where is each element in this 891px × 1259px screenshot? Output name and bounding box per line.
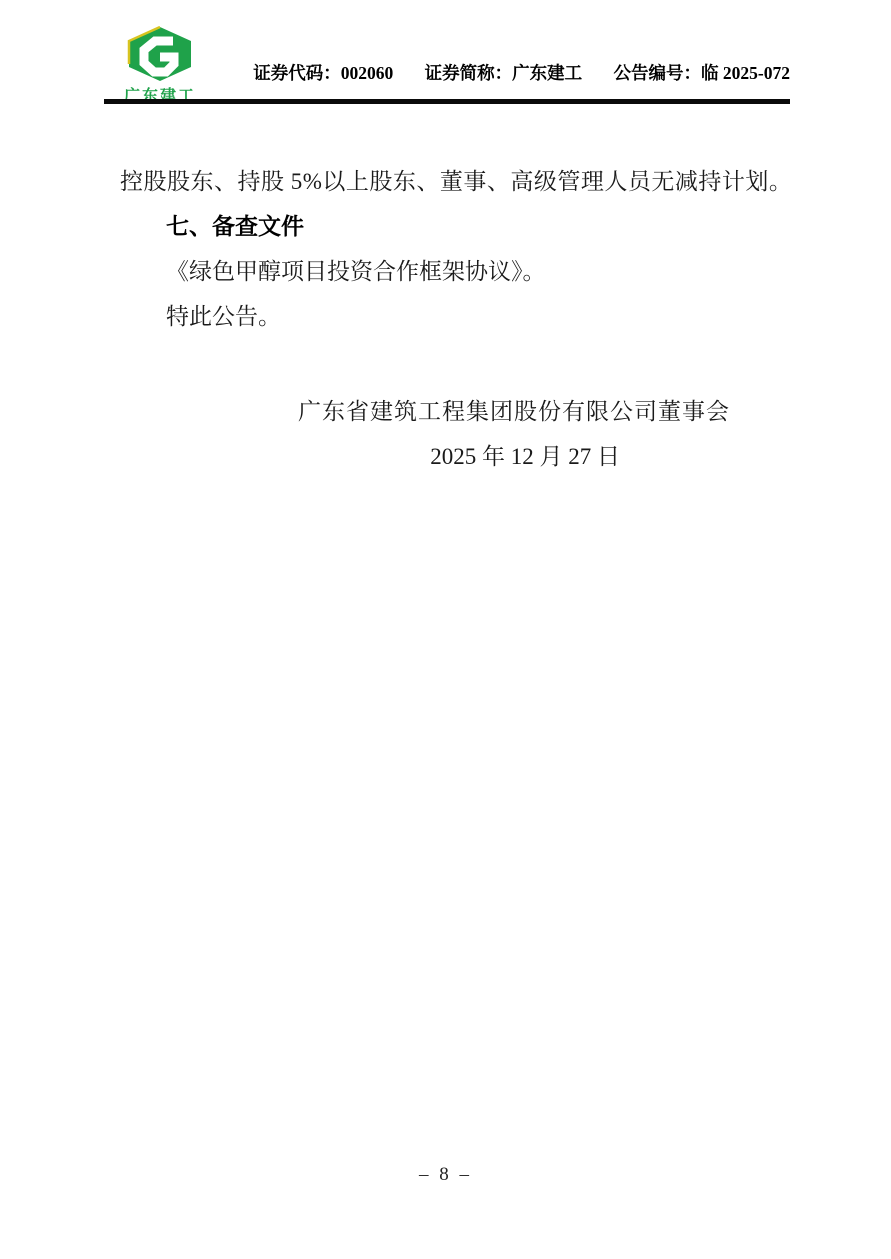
board-signature: 广东省建筑工程集团股份有限公司董事会 (120, 389, 788, 434)
securities-info-line: 证券代码：002060 证券简称：广东建工 公告编号：临 2025-072 (253, 60, 790, 85)
announcement-number: 公告编号：临 2025-072 (614, 63, 790, 83)
header-divider (104, 99, 790, 104)
announcement-date: 2025 年 12 月 27 日 (120, 434, 788, 479)
company-logo: 广东建工 (116, 26, 204, 106)
hexagon-g-logo-icon (127, 26, 193, 82)
announcement-page: 广东建工 证券代码：002060 证券简称：广东建工 公告编号：临 2025-0… (0, 0, 891, 1259)
stock-short-name: 证券简称：广东建工 (425, 63, 583, 83)
document-body: 控股股东、持股 5%以上股东、董事、高级管理人员无减持计划。 七、备查文件 《绿… (120, 159, 788, 479)
document-reference: 《绿色甲醇项目投资合作框架协议》。 (120, 249, 788, 294)
stock-code: 证券代码：002060 (253, 63, 393, 83)
section-heading: 七、备查文件 (120, 204, 788, 249)
closing-statement: 特此公告。 (120, 294, 788, 339)
paragraph-continuation: 控股股东、持股 5%以上股东、董事、高级管理人员无减持计划。 (120, 159, 788, 204)
page-number: – 8 – (0, 1164, 891, 1186)
